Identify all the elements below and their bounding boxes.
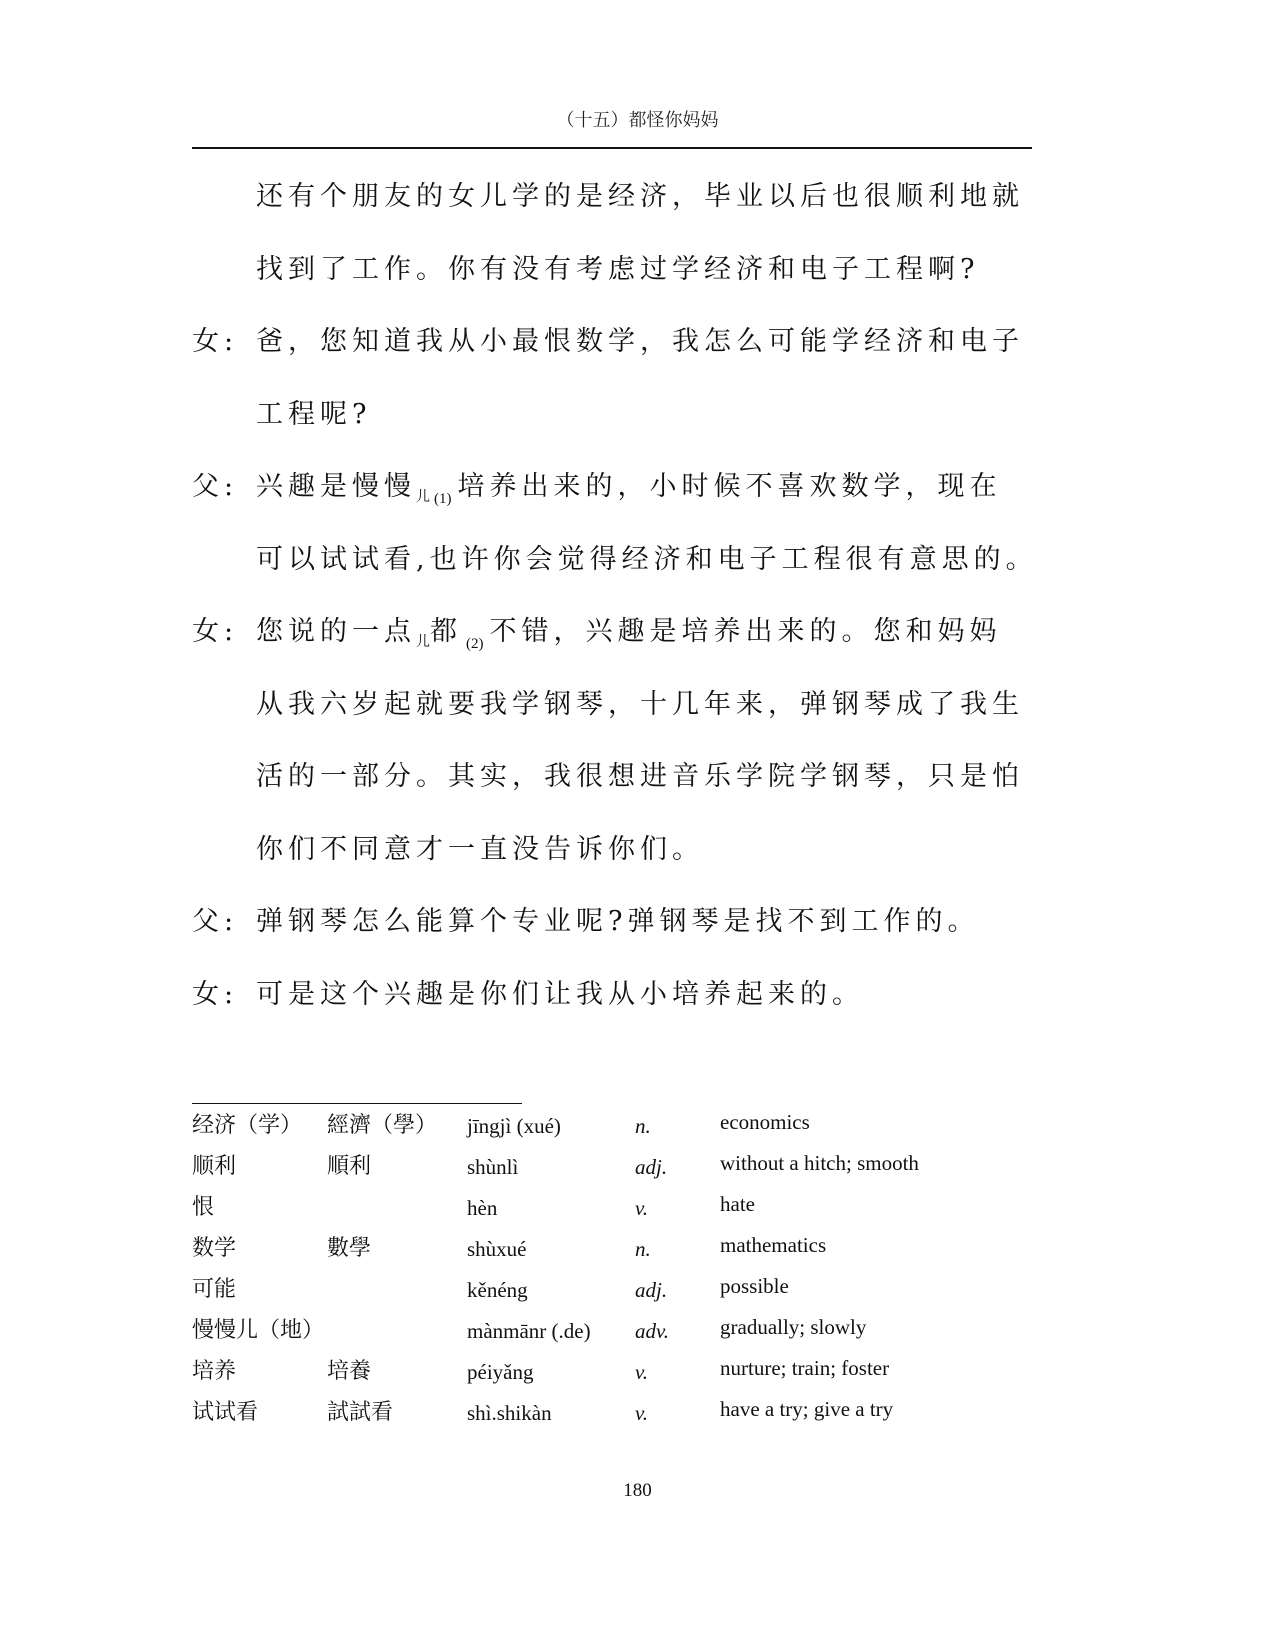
dialogue-line: 工程呢? <box>192 390 1052 463</box>
erhua-subscript: 儿 <box>416 490 430 505</box>
vocabulary-row: 经济（学） 經濟（學） jīngjì (xué) n. economics <box>192 1108 1012 1149</box>
erhua-subscript: 儿 <box>416 635 430 650</box>
part-of-speech: v. <box>635 1190 648 1226</box>
vocabulary-row: 培养 培養 péiyǎng v. nurture; train; foster <box>192 1354 1012 1395</box>
traditional-term: 順利 <box>327 1149 371 1185</box>
part-of-speech: v. <box>635 1354 648 1390</box>
part-of-speech: v. <box>635 1395 648 1431</box>
part-of-speech: n. <box>635 1108 651 1144</box>
chapter-title: （十五）都怪你妈妈 <box>0 106 1275 132</box>
simplified-term: 顺利 <box>192 1149 236 1185</box>
text-segment: 都 <box>430 616 462 647</box>
dialogue-line: 找到了工作。你有没有考虑过学经济和电子工程啊? <box>192 245 1052 318</box>
vocabulary-divider <box>192 1103 522 1104</box>
simplified-term: 可能 <box>192 1272 236 1308</box>
part-of-speech: adj. <box>635 1149 667 1185</box>
text-segment: 不错，兴趣是培养出来的。您和妈妈 <box>490 616 1002 647</box>
vocabulary-row: 慢慢儿（地） mànmānr (.de) adv. gradually; slo… <box>192 1313 1012 1354</box>
dialogue-line: 还有个朋友的女儿学的是经济，毕业以后也很顺利地就 <box>192 172 1052 245</box>
vocabulary-list: 经济（学） 經濟（學） jīngjì (xué) n. economics 顺利… <box>192 1108 1012 1436</box>
text-segment: 您说的一点 <box>256 616 416 647</box>
line-text: 找到了工作。你有没有考虑过学经济和电子工程啊? <box>256 245 979 295</box>
vocabulary-row: 恨 hèn v. hate <box>192 1190 1012 1231</box>
pinyin: kěnéng <box>467 1272 528 1308</box>
definition: possible <box>720 1268 789 1304</box>
text-segment: 培养出来的，小时候不喜欢数学，现在 <box>458 471 1002 502</box>
traditional-term: 經濟（學） <box>327 1108 437 1144</box>
vocabulary-row: 可能 kěnéng adj. possible <box>192 1272 1012 1313</box>
line-text: 你们不同意才一直没告诉你们。 <box>256 825 704 875</box>
footnote-marker: (1) <box>434 491 452 507</box>
dialogue-line: 父: 弹钢琴怎么能算个专业呢?弹钢琴是找不到工作的。 <box>192 897 1052 970</box>
simplified-term: 试试看 <box>192 1395 258 1431</box>
speaker-label: 父: <box>192 462 238 512</box>
footnote-marker: (2) <box>466 636 484 652</box>
dialogue-line: 从我六岁起就要我学钢琴，十几年来，弹钢琴成了我生 <box>192 680 1052 753</box>
pinyin: shùxué <box>467 1231 527 1267</box>
vocabulary-row: 数学 數學 shùxué n. mathematics <box>192 1231 1012 1272</box>
definition: have a try; give a try <box>720 1391 893 1427</box>
line-text: 可是这个兴趣是你们让我从小培养起来的。 <box>256 970 864 1020</box>
pinyin: shùnlì <box>467 1149 518 1185</box>
part-of-speech: adv. <box>635 1313 669 1349</box>
pinyin: shì.shikàn <box>467 1395 552 1431</box>
definition: economics <box>720 1104 810 1140</box>
text-segment: 兴趣是慢慢 <box>256 471 416 502</box>
line-text: 您说的一点儿都(2)不错，兴趣是培养出来的。您和妈妈 <box>256 607 1002 669</box>
pinyin: mànmānr (.de) <box>467 1313 591 1349</box>
pinyin: jīngjì (xué) <box>467 1108 561 1144</box>
line-text: 兴趣是慢慢儿(1)培养出来的，小时候不喜欢数学，现在 <box>256 462 1002 524</box>
dialogue-line: 活的一部分。其实，我很想进音乐学院学钢琴，只是怕 <box>192 752 1052 825</box>
definition: mathematics <box>720 1227 826 1263</box>
dialogue-text: 还有个朋友的女儿学的是经济，毕业以后也很顺利地就 找到了工作。你有没有考虑过学经… <box>192 172 1052 1042</box>
simplified-term: 恨 <box>192 1190 214 1226</box>
simplified-term: 培养 <box>192 1354 236 1390</box>
line-text: 从我六岁起就要我学钢琴，十几年来，弹钢琴成了我生 <box>256 680 1024 730</box>
dialogue-line: 父: 兴趣是慢慢儿(1)培养出来的，小时候不喜欢数学，现在 <box>192 462 1052 535</box>
pinyin: péiyǎng <box>467 1354 533 1390</box>
speaker-label: 女: <box>192 317 238 367</box>
traditional-term: 數學 <box>327 1231 371 1267</box>
line-text: 活的一部分。其实，我很想进音乐学院学钢琴，只是怕 <box>256 752 1024 802</box>
line-text: 工程呢? <box>256 390 371 440</box>
page-number: 180 <box>0 1480 1275 1502</box>
line-text: 还有个朋友的女儿学的是经济，毕业以后也很顺利地就 <box>256 172 1024 222</box>
traditional-term: 培養 <box>327 1354 371 1390</box>
simplified-term: 慢慢儿（地） <box>192 1313 324 1349</box>
header-divider <box>192 147 1032 149</box>
definition: gradually; slowly <box>720 1309 866 1345</box>
dialogue-line: 你们不同意才一直没告诉你们。 <box>192 825 1052 898</box>
dialogue-line: 女: 爸，您知道我从小最恨数学，我怎么可能学经济和电子 <box>192 317 1052 390</box>
definition: nurture; train; foster <box>720 1350 889 1386</box>
part-of-speech: adj. <box>635 1272 667 1308</box>
part-of-speech: n. <box>635 1231 651 1267</box>
line-text: 可以试试看,也许你会觉得经济和电子工程很有意思的。 <box>256 535 1038 585</box>
simplified-term: 经济（学） <box>192 1108 302 1144</box>
definition: hate <box>720 1186 755 1222</box>
dialogue-line: 女: 可是这个兴趣是你们让我从小培养起来的。 <box>192 970 1052 1043</box>
definition: without a hitch; smooth <box>720 1145 919 1181</box>
speaker-label: 女: <box>192 607 238 657</box>
speaker-label: 父: <box>192 897 238 947</box>
dialogue-line: 女: 您说的一点儿都(2)不错，兴趣是培养出来的。您和妈妈 <box>192 607 1052 680</box>
vocabulary-row: 顺利 順利 shùnlì adj. without a hitch; smoot… <box>192 1149 1012 1190</box>
line-text: 爸，您知道我从小最恨数学，我怎么可能学经济和电子 <box>256 317 1024 367</box>
vocabulary-row: 试试看 試試看 shì.shikàn v. have a try; give a… <box>192 1395 1012 1436</box>
dialogue-line: 可以试试看,也许你会觉得经济和电子工程很有意思的。 <box>192 535 1052 608</box>
traditional-term: 試試看 <box>327 1395 393 1431</box>
simplified-term: 数学 <box>192 1231 236 1267</box>
speaker-label: 女: <box>192 970 238 1020</box>
pinyin: hèn <box>467 1190 497 1226</box>
line-text: 弹钢琴怎么能算个专业呢?弹钢琴是找不到工作的。 <box>256 897 979 947</box>
